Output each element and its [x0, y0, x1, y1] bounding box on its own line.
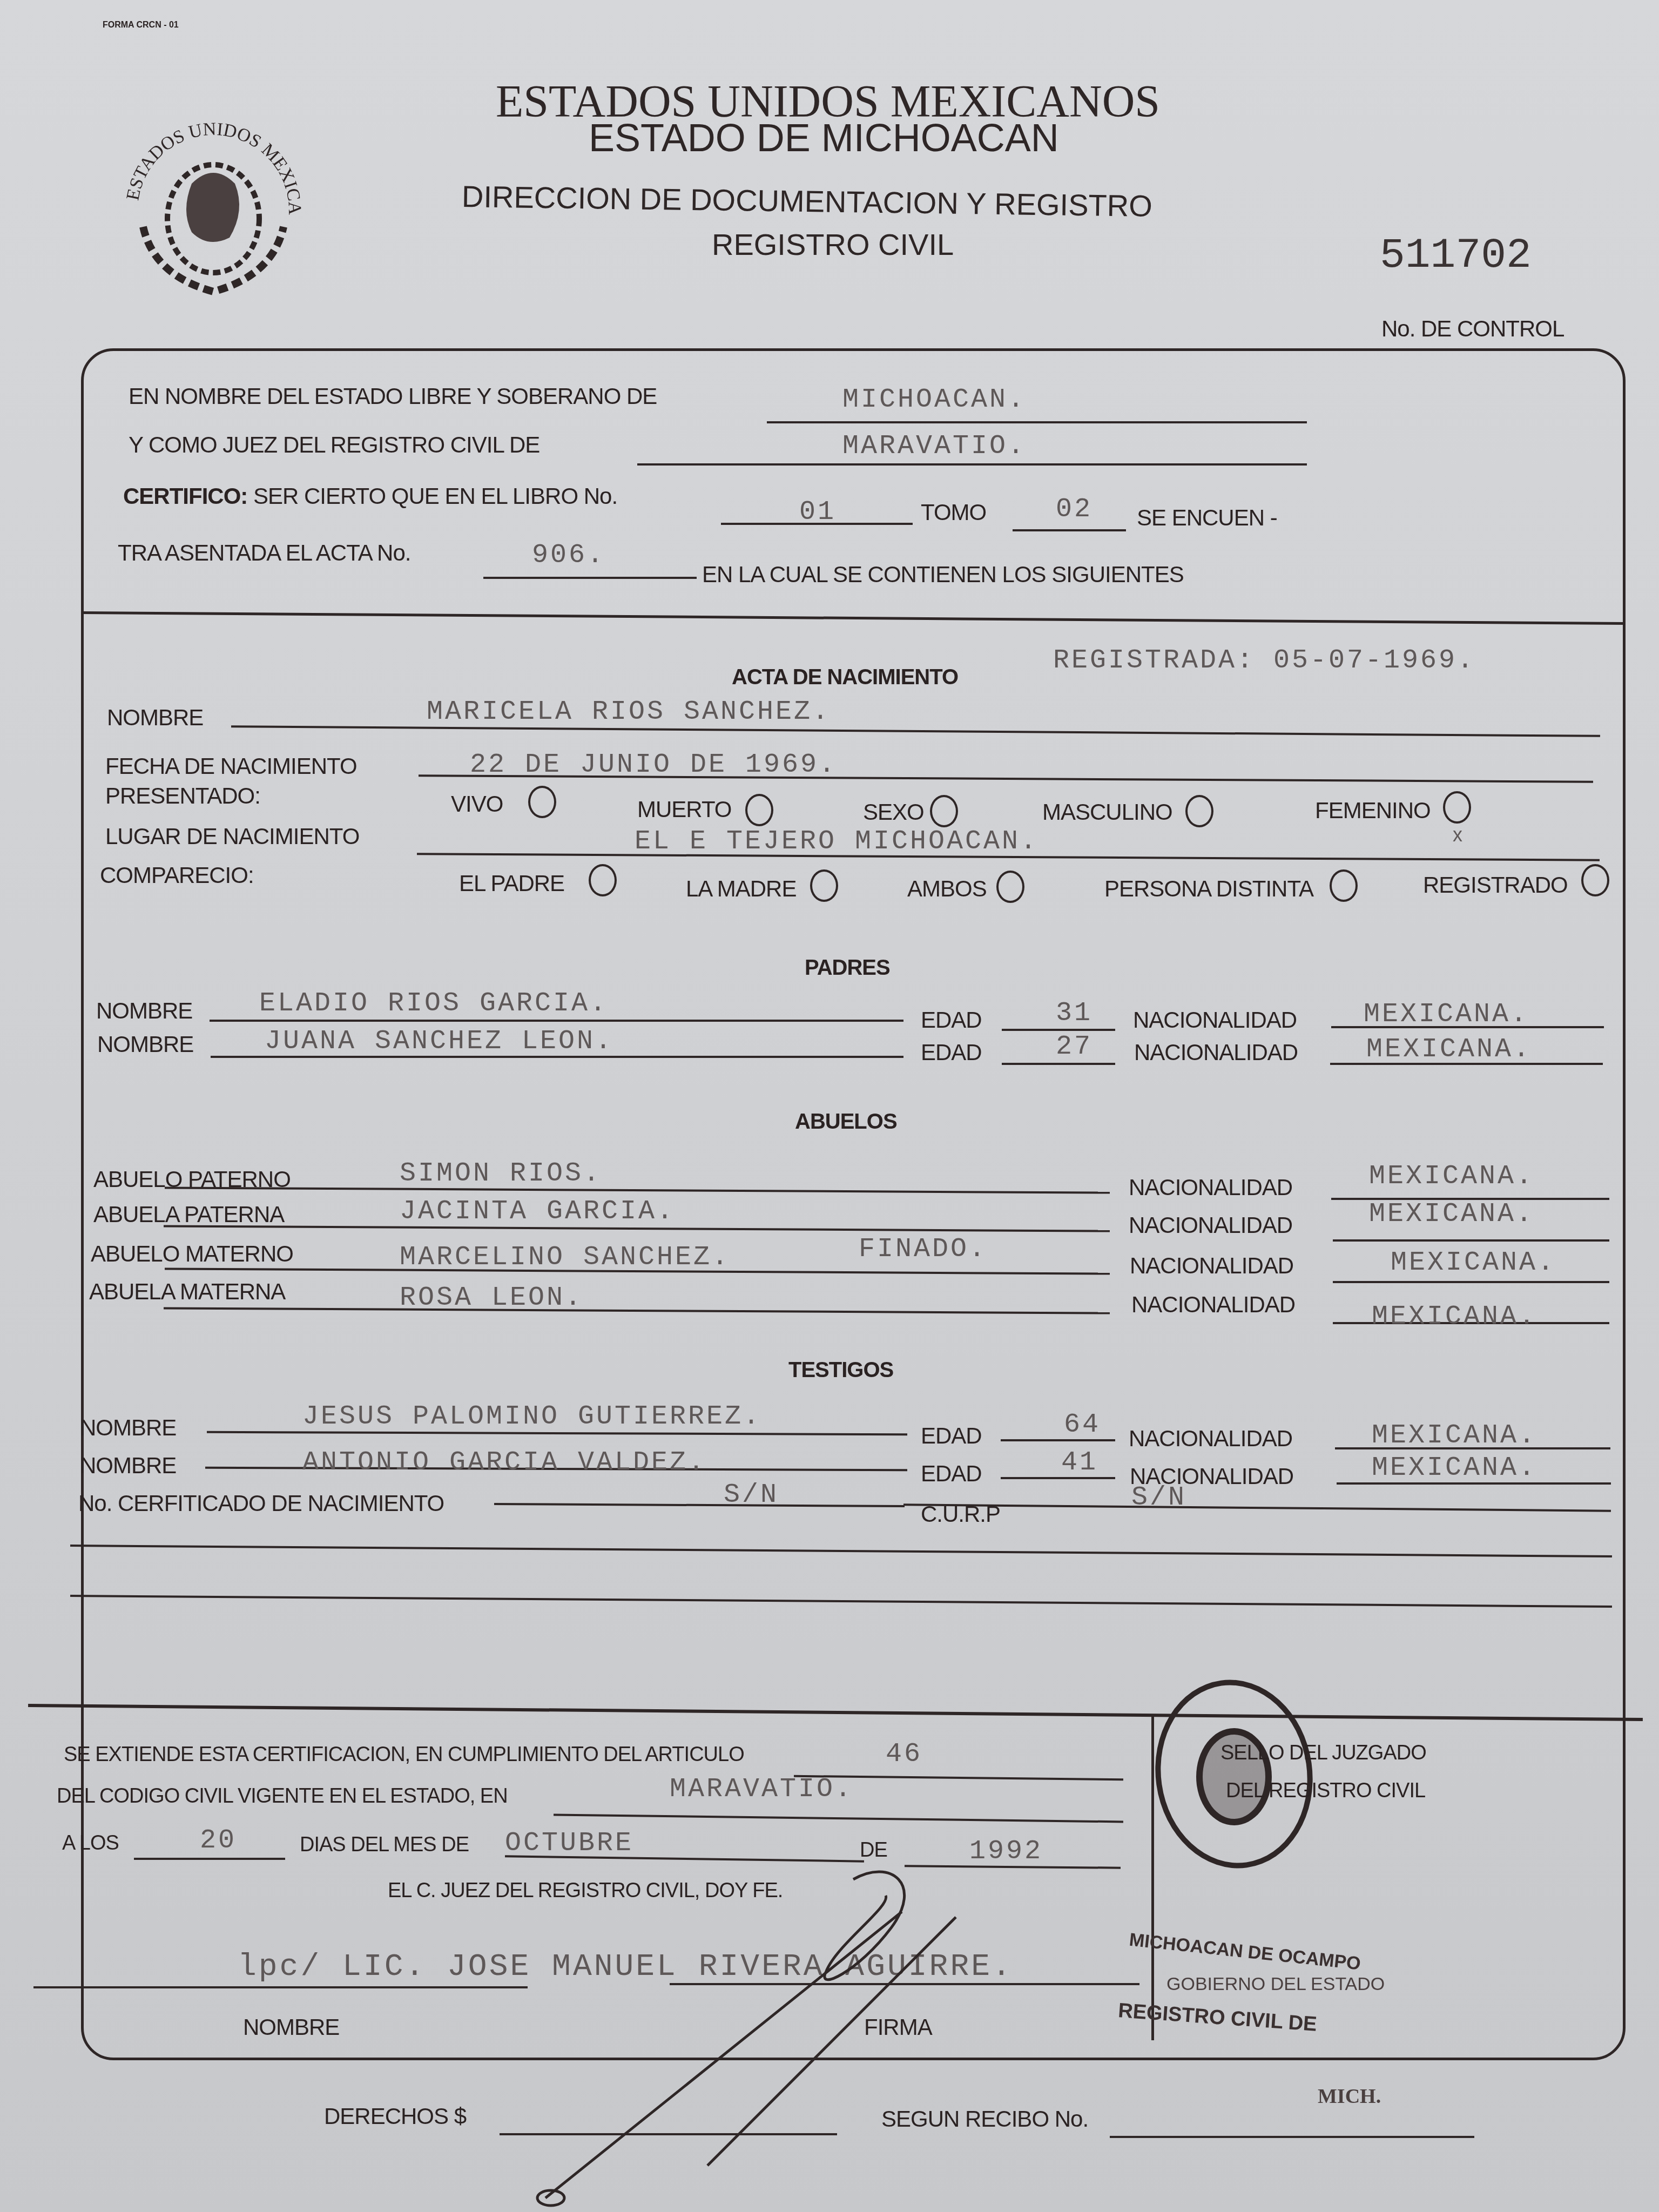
- national-emblem: ESTADOS UNIDOS MEXICANOS: [111, 103, 316, 308]
- padre-edad-label: EDAD: [921, 1007, 982, 1033]
- femenino-mark: x: [1453, 824, 1462, 846]
- extiende-label: SE EXTIENDE ESTA CERTIFICACION, EN CUMPL…: [64, 1743, 744, 1766]
- testigo2-name: ANTONIO GARCIA VALDEZ.: [302, 1447, 706, 1478]
- option-femenino: FEMENINO: [1315, 798, 1431, 824]
- abuela-paterna-nac: MEXICANA.: [1369, 1199, 1534, 1230]
- title-state: ESTADO DE MICHOACAN: [589, 116, 1059, 160]
- derechos-label: DERECHOS $: [324, 2103, 466, 2129]
- testigo1-edad: 64: [1064, 1410, 1101, 1440]
- acta-no-label: TRA ASENTADA EL ACTA No.: [118, 540, 410, 566]
- codigo-civil-label: DEL CODIGO CIVIL VIGENTE EN EL ESTADO, E…: [57, 1785, 508, 1808]
- testigos-section-title: TESTIGOS: [788, 1358, 893, 1382]
- eagle-emblem-icon: ESTADOS UNIDOS MEXICANOS: [111, 103, 316, 308]
- certificado-value: S/N: [724, 1480, 779, 1510]
- sello-juzgado-label: SELLO DEL JUZGADO: [1220, 1742, 1426, 1765]
- abuelo-materno-name: MARCELINO SANCHEZ.: [400, 1242, 730, 1273]
- madre-label: NOMBRE: [97, 1031, 193, 1057]
- state-value: MICHOACAN.: [842, 385, 1026, 415]
- stamp-line-4: MICH.: [1318, 2085, 1381, 2108]
- mes-value: OCTUBRE: [505, 1828, 633, 1859]
- testigo1-edad-label: EDAD: [921, 1423, 982, 1449]
- testigo1-nac: MEXICANA.: [1372, 1420, 1537, 1451]
- madre-edad-label: EDAD: [921, 1040, 982, 1065]
- abuela-materna-label: ABUELA MATERNA: [89, 1279, 285, 1305]
- el-padre-checkbox[interactable]: [589, 864, 617, 896]
- dia-value: 20: [200, 1825, 237, 1856]
- option-sexo: SEXO: [863, 799, 924, 825]
- registrada-date: REGISTRADA: 05-07-1969.: [1053, 645, 1475, 676]
- nombre-sign-label: NOMBRE: [243, 2014, 339, 2040]
- birth-certificate-page: FORMA CRCN - 01 ESTADOS UNIDOS MEXICANOS…: [0, 0, 1659, 2212]
- title-registro-civil: REGISTRO CIVIL: [712, 227, 954, 262]
- madre-nac: MEXICANA.: [1366, 1034, 1532, 1065]
- form-code: FORMA CRCN - 01: [103, 21, 179, 30]
- derechos-field: [500, 2133, 837, 2135]
- presentado-label: PRESENTADO:: [105, 783, 260, 809]
- nombre-value: MARICELA RIOS SANCHEZ.: [427, 697, 831, 727]
- option-masculino: MASCULINO: [1042, 799, 1172, 825]
- option-registrado: REGISTRADO: [1423, 872, 1568, 898]
- tomo-label: TOMO: [921, 500, 986, 525]
- control-number: 511702: [1380, 232, 1532, 280]
- testigo1-label: NOMBRE: [80, 1415, 176, 1441]
- recibo-label: SEGUN RECIBO No.: [881, 2106, 1088, 2132]
- femenino-checkbox[interactable]: [1443, 791, 1471, 824]
- option-muerto: MUERTO: [637, 797, 731, 822]
- padre-name: ELADIO RIOS GARCIA.: [259, 988, 608, 1019]
- fecha-label: FECHA DE NACIMIENTO: [105, 753, 357, 779]
- control-number-label: No. DE CONTROL: [1381, 316, 1564, 342]
- anio-value: 1992: [969, 1836, 1043, 1867]
- madre-nac-label: NACIONALIDAD: [1134, 1040, 1298, 1065]
- padres-section-title: PADRES: [805, 956, 890, 980]
- sello-registro-label: DEL REGISTRO CIVIL: [1226, 1779, 1425, 1803]
- abuelo-materno-nac: MEXICANA.: [1391, 1247, 1556, 1278]
- comparecio-label: COMPARECIO:: [100, 862, 254, 888]
- abuelo-paterno-nac-label: NACIONALIDAD: [1129, 1175, 1292, 1201]
- contienen-label: EN LA CUAL SE CONTIENEN LOS SIGUIENTES: [702, 562, 1184, 588]
- signature-icon: [513, 1863, 1161, 2212]
- padre-nac-label: NACIONALIDAD: [1133, 1007, 1297, 1033]
- abuelo-materno-nac-label: NACIONALIDAD: [1130, 1253, 1293, 1279]
- acta-section-title: ACTA DE NACIMIENTO: [732, 665, 958, 690]
- recibo-field: [1110, 2136, 1474, 2138]
- padre-label: NOMBRE: [96, 998, 192, 1024]
- sexo-checkbox[interactable]: [930, 795, 958, 827]
- muerto-checkbox[interactable]: [745, 794, 773, 826]
- curp-value: S/N: [1131, 1482, 1186, 1513]
- de-label: DE: [860, 1839, 887, 1862]
- abuela-paterna-name: JACINTA GARCIA.: [400, 1196, 675, 1227]
- acta-no-value: 906.: [532, 540, 605, 571]
- testigo1-name: JESUS PALOMINO GUTIERREZ.: [302, 1401, 761, 1432]
- a-los-label: A LOS: [62, 1832, 119, 1855]
- abuela-materna-nac: MEXICANA.: [1372, 1301, 1537, 1332]
- testigo2-label: NOMBRE: [80, 1453, 176, 1479]
- abuela-materna-nac-label: NACIONALIDAD: [1131, 1292, 1295, 1318]
- option-persona-distinta: PERSONA DISTINTA: [1104, 876, 1313, 902]
- option-ambos: AMBOS: [907, 876, 987, 902]
- masculino-checkbox[interactable]: [1185, 795, 1213, 827]
- abuelo-materno-label: ABUELO MATERNO: [91, 1241, 293, 1267]
- libro-value: 01: [799, 497, 836, 528]
- abuelo-paterno-nac: MEXICANA.: [1369, 1161, 1534, 1192]
- option-la-madre: LA MADRE: [686, 876, 796, 902]
- lugar-expedicion: MARAVATIO.: [670, 1774, 853, 1805]
- fecha-value: 22 DE JUNIO DE 1969.: [470, 750, 837, 780]
- state-label: EN NOMBRE DEL ESTADO LIBRE Y SOBERANO DE: [129, 383, 657, 409]
- testigo2-edad-label: EDAD: [921, 1461, 982, 1487]
- dias-del-mes-label: DIAS DEL MES DE: [300, 1833, 469, 1857]
- persona-distinta-checkbox[interactable]: [1330, 869, 1358, 902]
- testigo1-nac-label: NACIONALIDAD: [1129, 1426, 1292, 1452]
- abuelo-materno-note: FINADO.: [859, 1234, 987, 1265]
- ambos-checkbox[interactable]: [996, 871, 1024, 903]
- municipality-value: MARAVATIO.: [842, 431, 1026, 462]
- articulo-value: 46: [886, 1739, 922, 1770]
- vivo-checkbox[interactable]: [528, 786, 556, 818]
- option-el-padre: EL PADRE: [459, 871, 564, 896]
- lugar-label: LUGAR DE NACIMIENTO: [105, 824, 359, 849]
- abuelos-section-title: ABUELOS: [795, 1110, 897, 1134]
- tomo-value: 02: [1056, 494, 1092, 525]
- registrado-checkbox[interactable]: [1581, 864, 1609, 896]
- se-encuen-label: SE ENCUEN -: [1137, 505, 1277, 531]
- lugar-value: EL E TEJERO MICHOACAN.: [635, 826, 1038, 857]
- testigo2-edad: 41: [1061, 1447, 1098, 1478]
- abuela-paterna-label: ABUELA PATERNA: [93, 1202, 284, 1228]
- abuela-paterna-nac-label: NACIONALIDAD: [1129, 1212, 1292, 1238]
- madre-edad: 27: [1056, 1031, 1092, 1062]
- option-vivo: VIVO: [451, 791, 503, 817]
- municipality-label: Y COMO JUEZ DEL REGISTRO CIVIL DE: [129, 432, 539, 458]
- padre-nac: MEXICANA.: [1364, 999, 1529, 1030]
- certificado-label: No. CERFITICADO DE NACIMIENTO: [78, 1491, 444, 1516]
- nombre-label: NOMBRE: [107, 705, 203, 731]
- padre-edad: 31: [1056, 998, 1092, 1029]
- title-direction: DIRECCION DE DOCUMENTACION Y REGISTRO: [462, 179, 1153, 224]
- testigo2-nac: MEXICANA.: [1372, 1453, 1537, 1483]
- madre-name: JUANA SANCHEZ LEON.: [265, 1026, 613, 1057]
- abuelo-paterno-name: SIMON RIOS.: [400, 1158, 602, 1189]
- abuela-materna-name: ROSA LEON.: [400, 1283, 583, 1313]
- certifico-line: CERTIFICO: SER CIERTO QUE EN EL LIBRO No…: [123, 483, 617, 509]
- la-madre-checkbox[interactable]: [810, 869, 838, 902]
- stamp-line-2: GOBIERNO DEL ESTADO: [1166, 1974, 1385, 1995]
